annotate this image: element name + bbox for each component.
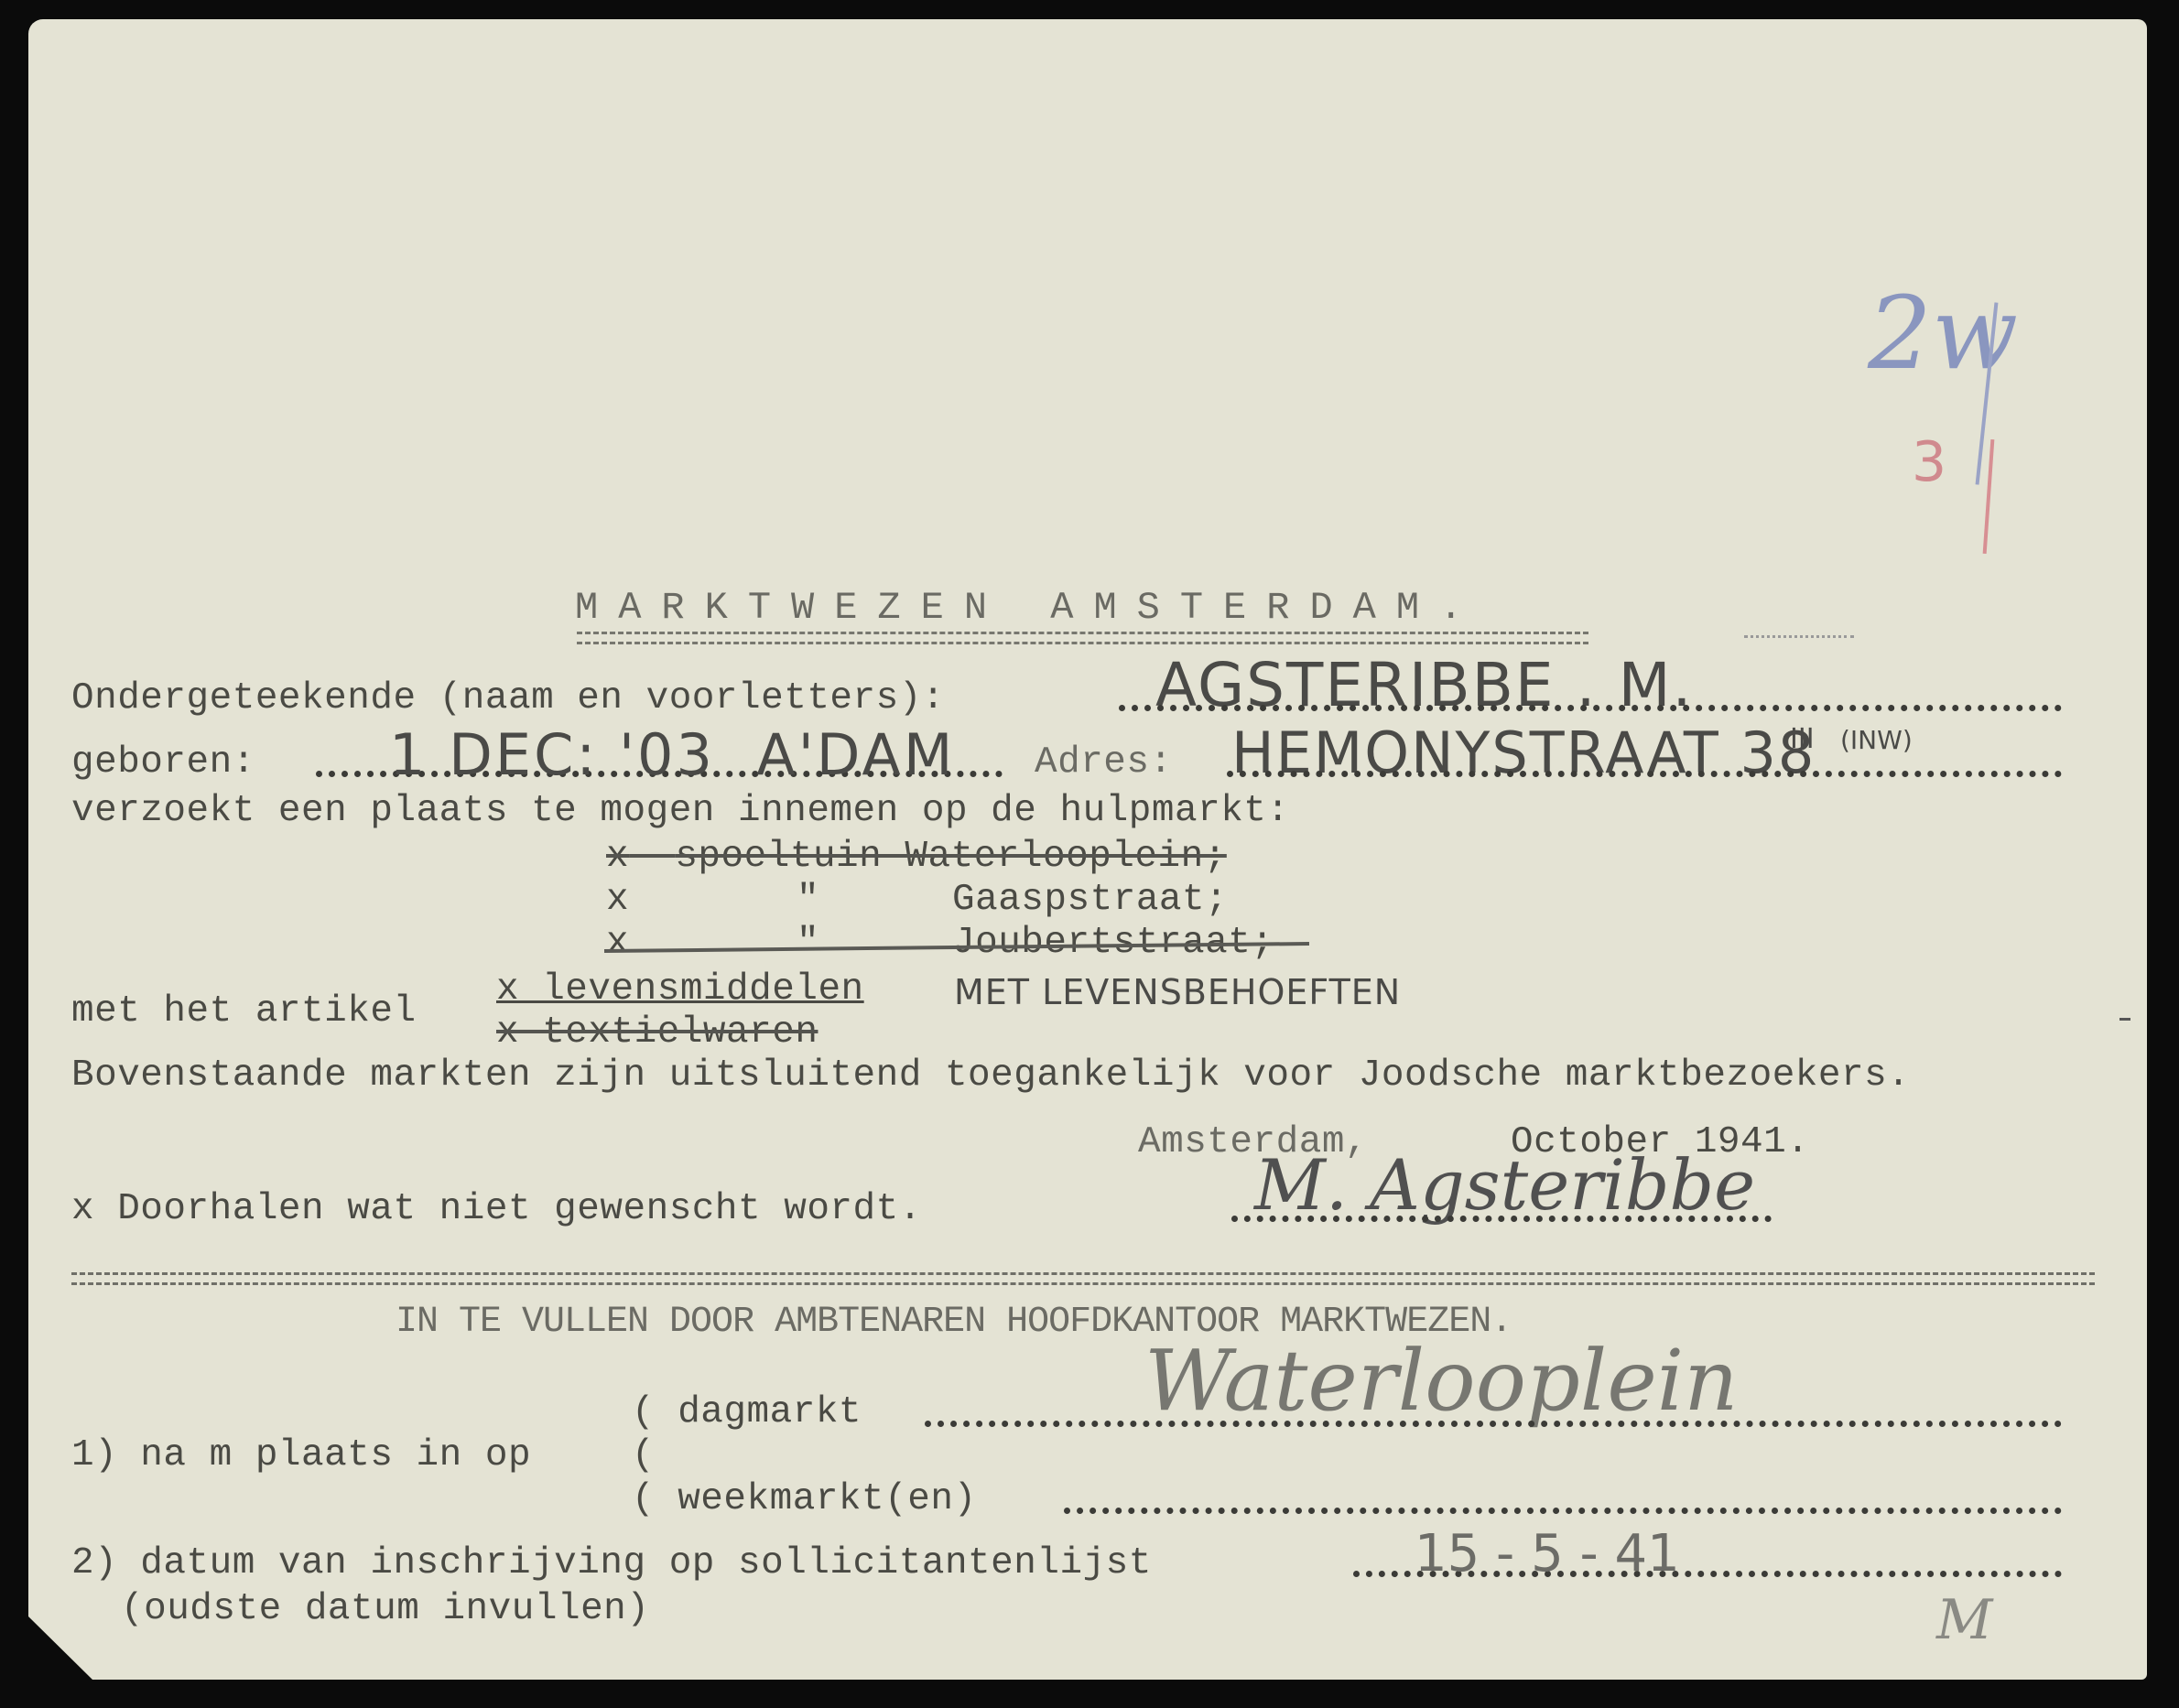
item1-label: 1) na m plaats in op — [71, 1434, 531, 1476]
born-value: 1 DEC: '03 A'DAM — [389, 721, 955, 788]
red-pencil-mark: 3 — [1912, 430, 1946, 494]
registration-date-handwritten: 15 - 5 - 41 — [1415, 1524, 1680, 1584]
edge-mark — [2119, 1018, 2130, 1021]
item2-sublabel: (oudste datum invullen) — [121, 1588, 649, 1630]
market-option-1: x spoeltuin Waterlooplein; — [606, 836, 1227, 878]
document-title: MARKTWEZEN AMSTERDAM. — [575, 586, 1482, 630]
article-label: met het artikel — [71, 990, 417, 1032]
blue-pencil-mark: 2w — [1868, 275, 2018, 392]
section-separator — [71, 1272, 2095, 1285]
signature: M. Agsteribbe — [1254, 1144, 1755, 1226]
weekmarkt-dotted-line — [1064, 1508, 2062, 1514]
name-label: Ondergeteekende (naam en voorletters): — [71, 677, 945, 719]
market-option-3-marker: x — [606, 922, 629, 964]
address-label: Adres: — [1035, 741, 1173, 784]
address-dotted-line — [1227, 771, 2062, 777]
request-intro: verzoekt een plaats te mogen innemen op … — [71, 790, 1290, 832]
item2-label: 2) datum van inschrijving op sollicitant… — [71, 1542, 1152, 1584]
footnote: x Doorhalen wat niet gewenscht wordt. — [71, 1188, 922, 1230]
market-option-3-ditto: " — [797, 922, 819, 964]
born-label: geboren: — [71, 741, 255, 784]
item1-brace: ( — [632, 1434, 655, 1476]
header-faint-marks — [1744, 635, 1854, 638]
market-option-2-name: Gaaspstraat; — [952, 879, 1228, 921]
name-dotted-line — [1119, 705, 2062, 711]
article-option-textiles: x textielwaren — [496, 1011, 818, 1054]
market-handwritten: Waterlooplein — [1144, 1332, 1738, 1430]
initials: M — [1936, 1588, 1992, 1652]
article-option-food: x levensmiddelen — [496, 968, 864, 1011]
address-note: (INW) — [1840, 725, 1913, 755]
market-option-2-marker: x — [606, 879, 629, 921]
weekmarkt-option: ( weekmarkt(en) — [632, 1478, 977, 1520]
dagmarkt-option: ( dagmarkt — [632, 1391, 862, 1433]
market-option-2-ditto: " — [797, 879, 819, 921]
notice-text: Bovenstaande markten zijn uitsluitend to… — [71, 1054, 1910, 1097]
dagmarkt-dotted-line — [925, 1421, 2062, 1427]
article-handwritten: MET LEVENSBEHOEFTEN — [954, 972, 1401, 1012]
address-floor: III — [1790, 723, 1815, 755]
signature-dotted-line — [1231, 1216, 1772, 1222]
title-underline — [577, 632, 1588, 644]
